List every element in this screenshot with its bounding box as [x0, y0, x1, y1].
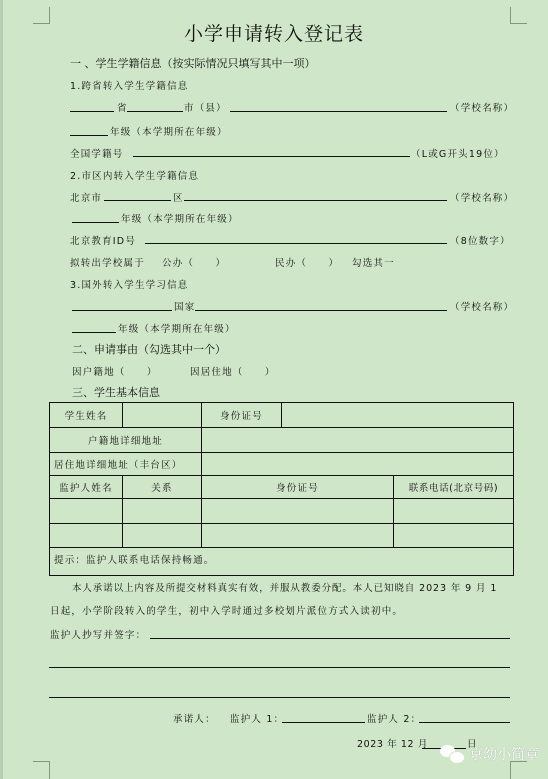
- school-hint-3: （学校名称）: [450, 299, 514, 313]
- guardian-name-cell[interactable]: [50, 524, 123, 548]
- edu-id-field[interactable]: [145, 243, 447, 244]
- grade-field-1[interactable]: [70, 135, 108, 136]
- relation-cell[interactable]: [123, 524, 202, 548]
- copy-sign-field-3[interactable]: [49, 697, 510, 698]
- school-type-label: 拟转出学校属于: [70, 255, 145, 269]
- promiser-label: 承诺人：: [173, 711, 216, 725]
- guardian-name-header: 监护人姓名: [50, 476, 123, 499]
- part2-heading: 2.市区内转入学生学籍信息: [70, 168, 199, 182]
- grade-field-3[interactable]: [72, 332, 116, 333]
- school-name-field-1[interactable]: [230, 111, 447, 112]
- guardian-id-header: 身份证号: [202, 476, 394, 499]
- reason-residence-checkbox[interactable]: 因居住地（ ）: [190, 364, 276, 378]
- country-field[interactable]: [72, 310, 172, 311]
- section1-heading: 一 、学生学籍信息（按实际情况只填写其中一项）: [70, 55, 316, 71]
- date-prefix: 2023 年 12 月: [357, 736, 428, 750]
- guardian-id-cell[interactable]: [202, 499, 394, 524]
- pledge-text-line1: 本人承诺以上内容及所提交材料真实有效，并服从教委分配。本人已知晓自 2023 年…: [72, 580, 497, 594]
- public-school-checkbox[interactable]: 公办（ ）: [162, 255, 226, 269]
- pledge-text-line2: 日起，小学阶段转入的学生，初中入学时通过多校划片派位方式入读初中。: [50, 603, 403, 617]
- student-info-table: 学生姓名 身份证号 户籍地详细地址 居住地详细地址（丰台区） 监护人姓名 关系 …: [49, 402, 514, 576]
- copy-sign-label: 监护人抄写并签字：: [50, 627, 146, 641]
- wechat-icon: [440, 744, 466, 764]
- edu-id-hint: （8位数字）: [450, 233, 511, 247]
- city-label: 市（县）: [184, 100, 227, 114]
- beijing-city-label: 北京市: [70, 190, 102, 204]
- student-id-cell[interactable]: [282, 403, 514, 428]
- phone-cell[interactable]: [394, 499, 514, 524]
- national-id-hint: （L或G开头19位）: [411, 146, 505, 160]
- district-field[interactable]: [104, 200, 171, 201]
- student-id-label: 身份证号: [202, 403, 282, 428]
- national-id-field[interactable]: [133, 156, 410, 157]
- grade-label-1: 年级（本学期所在年级）: [110, 124, 228, 138]
- district-label: 区: [173, 190, 184, 204]
- guardian1-sign-field[interactable]: [282, 722, 365, 723]
- relation-header: 关系: [123, 476, 202, 499]
- school-name-field-3[interactable]: [195, 310, 447, 311]
- city-field[interactable]: [127, 111, 183, 112]
- grade-label-2: 年级（本学期所在年级）: [121, 211, 239, 225]
- grade-label-3: 年级（本学期所在年级）: [118, 321, 236, 335]
- watermark: 京幼小简章: [440, 744, 539, 764]
- country-label: 国家: [174, 299, 195, 313]
- national-id-label: 全国学籍号: [70, 146, 124, 160]
- guardian1-label: 监护人 1：: [230, 711, 284, 725]
- page-left-edge: [0, 0, 3, 779]
- hukou-address-label: 户籍地详细地址: [50, 428, 202, 453]
- section3-heading: 三、学生基本信息: [72, 384, 160, 400]
- guardian-id-cell[interactable]: [202, 524, 394, 548]
- province-field[interactable]: [70, 111, 114, 112]
- copy-sign-field-1[interactable]: [150, 638, 510, 639]
- phone-cell[interactable]: [394, 524, 514, 548]
- guardian2-sign-field[interactable]: [419, 722, 510, 723]
- student-name-label: 学生姓名: [50, 403, 123, 428]
- guardian-row: [50, 499, 514, 524]
- watermark-text: 京幼小简章: [469, 744, 539, 764]
- residence-address-label: 居住地详细地址（丰台区）: [50, 453, 202, 476]
- student-name-cell[interactable]: [123, 403, 202, 428]
- page-title: 小学申请转入登记表: [0, 19, 548, 46]
- phone-header: 联系电话(北京号码): [394, 476, 514, 499]
- table-note: 提示：监护人联系电话保持畅通。: [50, 548, 514, 576]
- grade-field-2[interactable]: [72, 222, 119, 223]
- part1-heading: 1.跨省转入学生学籍信息: [70, 78, 188, 92]
- part3-heading: 3.国外转入学生学习信息: [70, 277, 188, 291]
- school-hint-2: （学校名称）: [450, 190, 514, 204]
- residence-address-cell[interactable]: [202, 453, 514, 476]
- guardian-row: [50, 524, 514, 548]
- school-hint-1: （学校名称）: [450, 100, 514, 114]
- copy-sign-field-2[interactable]: [49, 667, 510, 668]
- guardian2-label: 监护人 2：: [367, 711, 421, 725]
- edu-id-label: 北京教育ID号: [70, 233, 136, 247]
- private-school-checkbox[interactable]: 民办（ ）: [275, 255, 339, 269]
- choose-one-note: 勾选其一: [352, 255, 395, 269]
- relation-cell[interactable]: [123, 499, 202, 524]
- section2-heading: 二、申请事由（勾选其中一个）: [72, 341, 226, 357]
- school-name-field-2[interactable]: [184, 200, 447, 201]
- hukou-address-cell[interactable]: [202, 428, 514, 453]
- guardian-name-cell[interactable]: [50, 499, 123, 524]
- reason-hukou-checkbox[interactable]: 因户籍地（ ）: [72, 364, 158, 378]
